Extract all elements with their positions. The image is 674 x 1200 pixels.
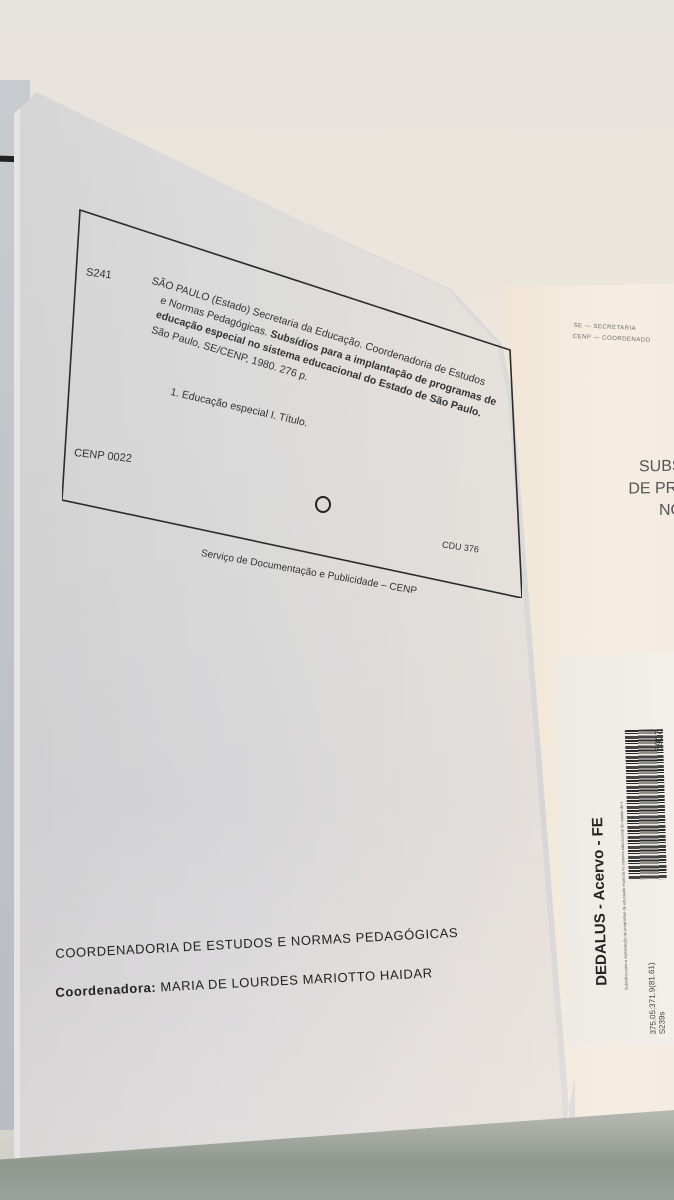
- library-label-title: DEDALUS - Acervo - FE: [589, 817, 610, 986]
- barcode-number: 2062: [652, 729, 664, 752]
- library-label: 2062 DEDALUS - Acervo - FE Subsídios par…: [555, 653, 674, 1047]
- title-page-header: SE — SECRETARIA CENP — COORDENADO: [572, 321, 651, 347]
- library-call-number: 375.05:371.9(81.61) S239s: [647, 962, 667, 1035]
- title-page-title: SUBSÍDI DE PROGR NO: [601, 455, 674, 523]
- barcode-icon: [625, 729, 667, 880]
- book-page: [14, 92, 575, 1187]
